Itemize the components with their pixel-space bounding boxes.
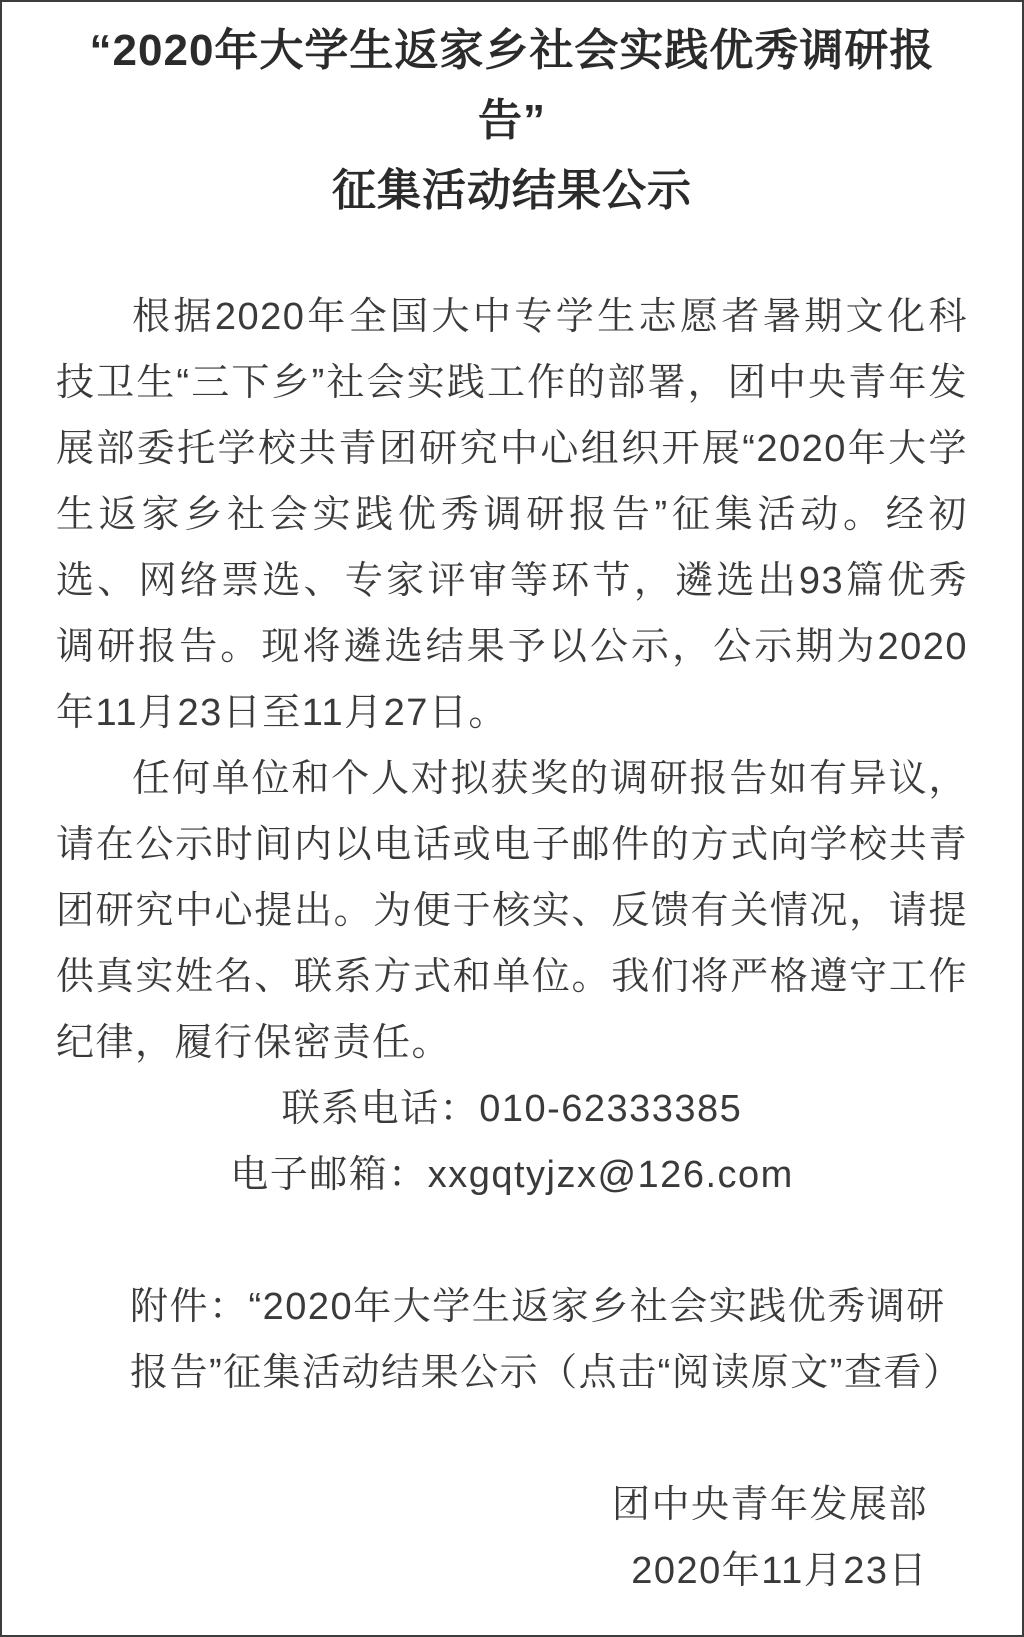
- signature-organization: 团中央青年发展部: [56, 1472, 928, 1538]
- contact-email-line: 电子邮箱：xxgqtyjzx@126.com: [56, 1142, 968, 1208]
- title-line-2: 告”: [56, 86, 968, 156]
- title-line-3: 征集活动结果公示: [56, 156, 968, 226]
- attachment-note: 附件：“2020年大学生返家乡社会实践优秀调研报告”征集活动结果公示（点击“阅读…: [130, 1274, 968, 1406]
- document-body: 根据2020年全国大中专学生志愿者暑期文化科技卫生“三下乡”社会实践工作的部署，…: [56, 284, 968, 1604]
- signature-block: 团中央青年发展部 2020年11月23日: [56, 1472, 968, 1604]
- signature-date: 2020年11月23日: [56, 1538, 928, 1604]
- paragraph-activity-background: 根据2020年全国大中专学生志愿者暑期文化科技卫生“三下乡”社会实践工作的部署，…: [56, 284, 968, 746]
- phone-number: 010-62333385: [479, 1088, 742, 1130]
- email-label: 电子邮箱：: [230, 1154, 428, 1196]
- phone-label: 联系电话：: [282, 1088, 480, 1130]
- paragraph-objection-instructions: 任何单位和个人对拟获奖的调研报告如有异议，请在公示时间内以电话或电子邮件的方式向…: [56, 746, 968, 1076]
- document-title: “2020年大学生返家乡社会实践优秀调研报 告” 征集活动结果公示: [56, 16, 968, 226]
- contact-phone-line: 联系电话：010-62333385: [56, 1076, 968, 1142]
- email-address: xxgqtyjzx@126.com: [428, 1154, 794, 1196]
- title-line-1: “2020年大学生返家乡社会实践优秀调研报: [56, 16, 968, 86]
- announcement-document: “2020年大学生返家乡社会实践优秀调研报 告” 征集活动结果公示 根据2020…: [0, 0, 1024, 1637]
